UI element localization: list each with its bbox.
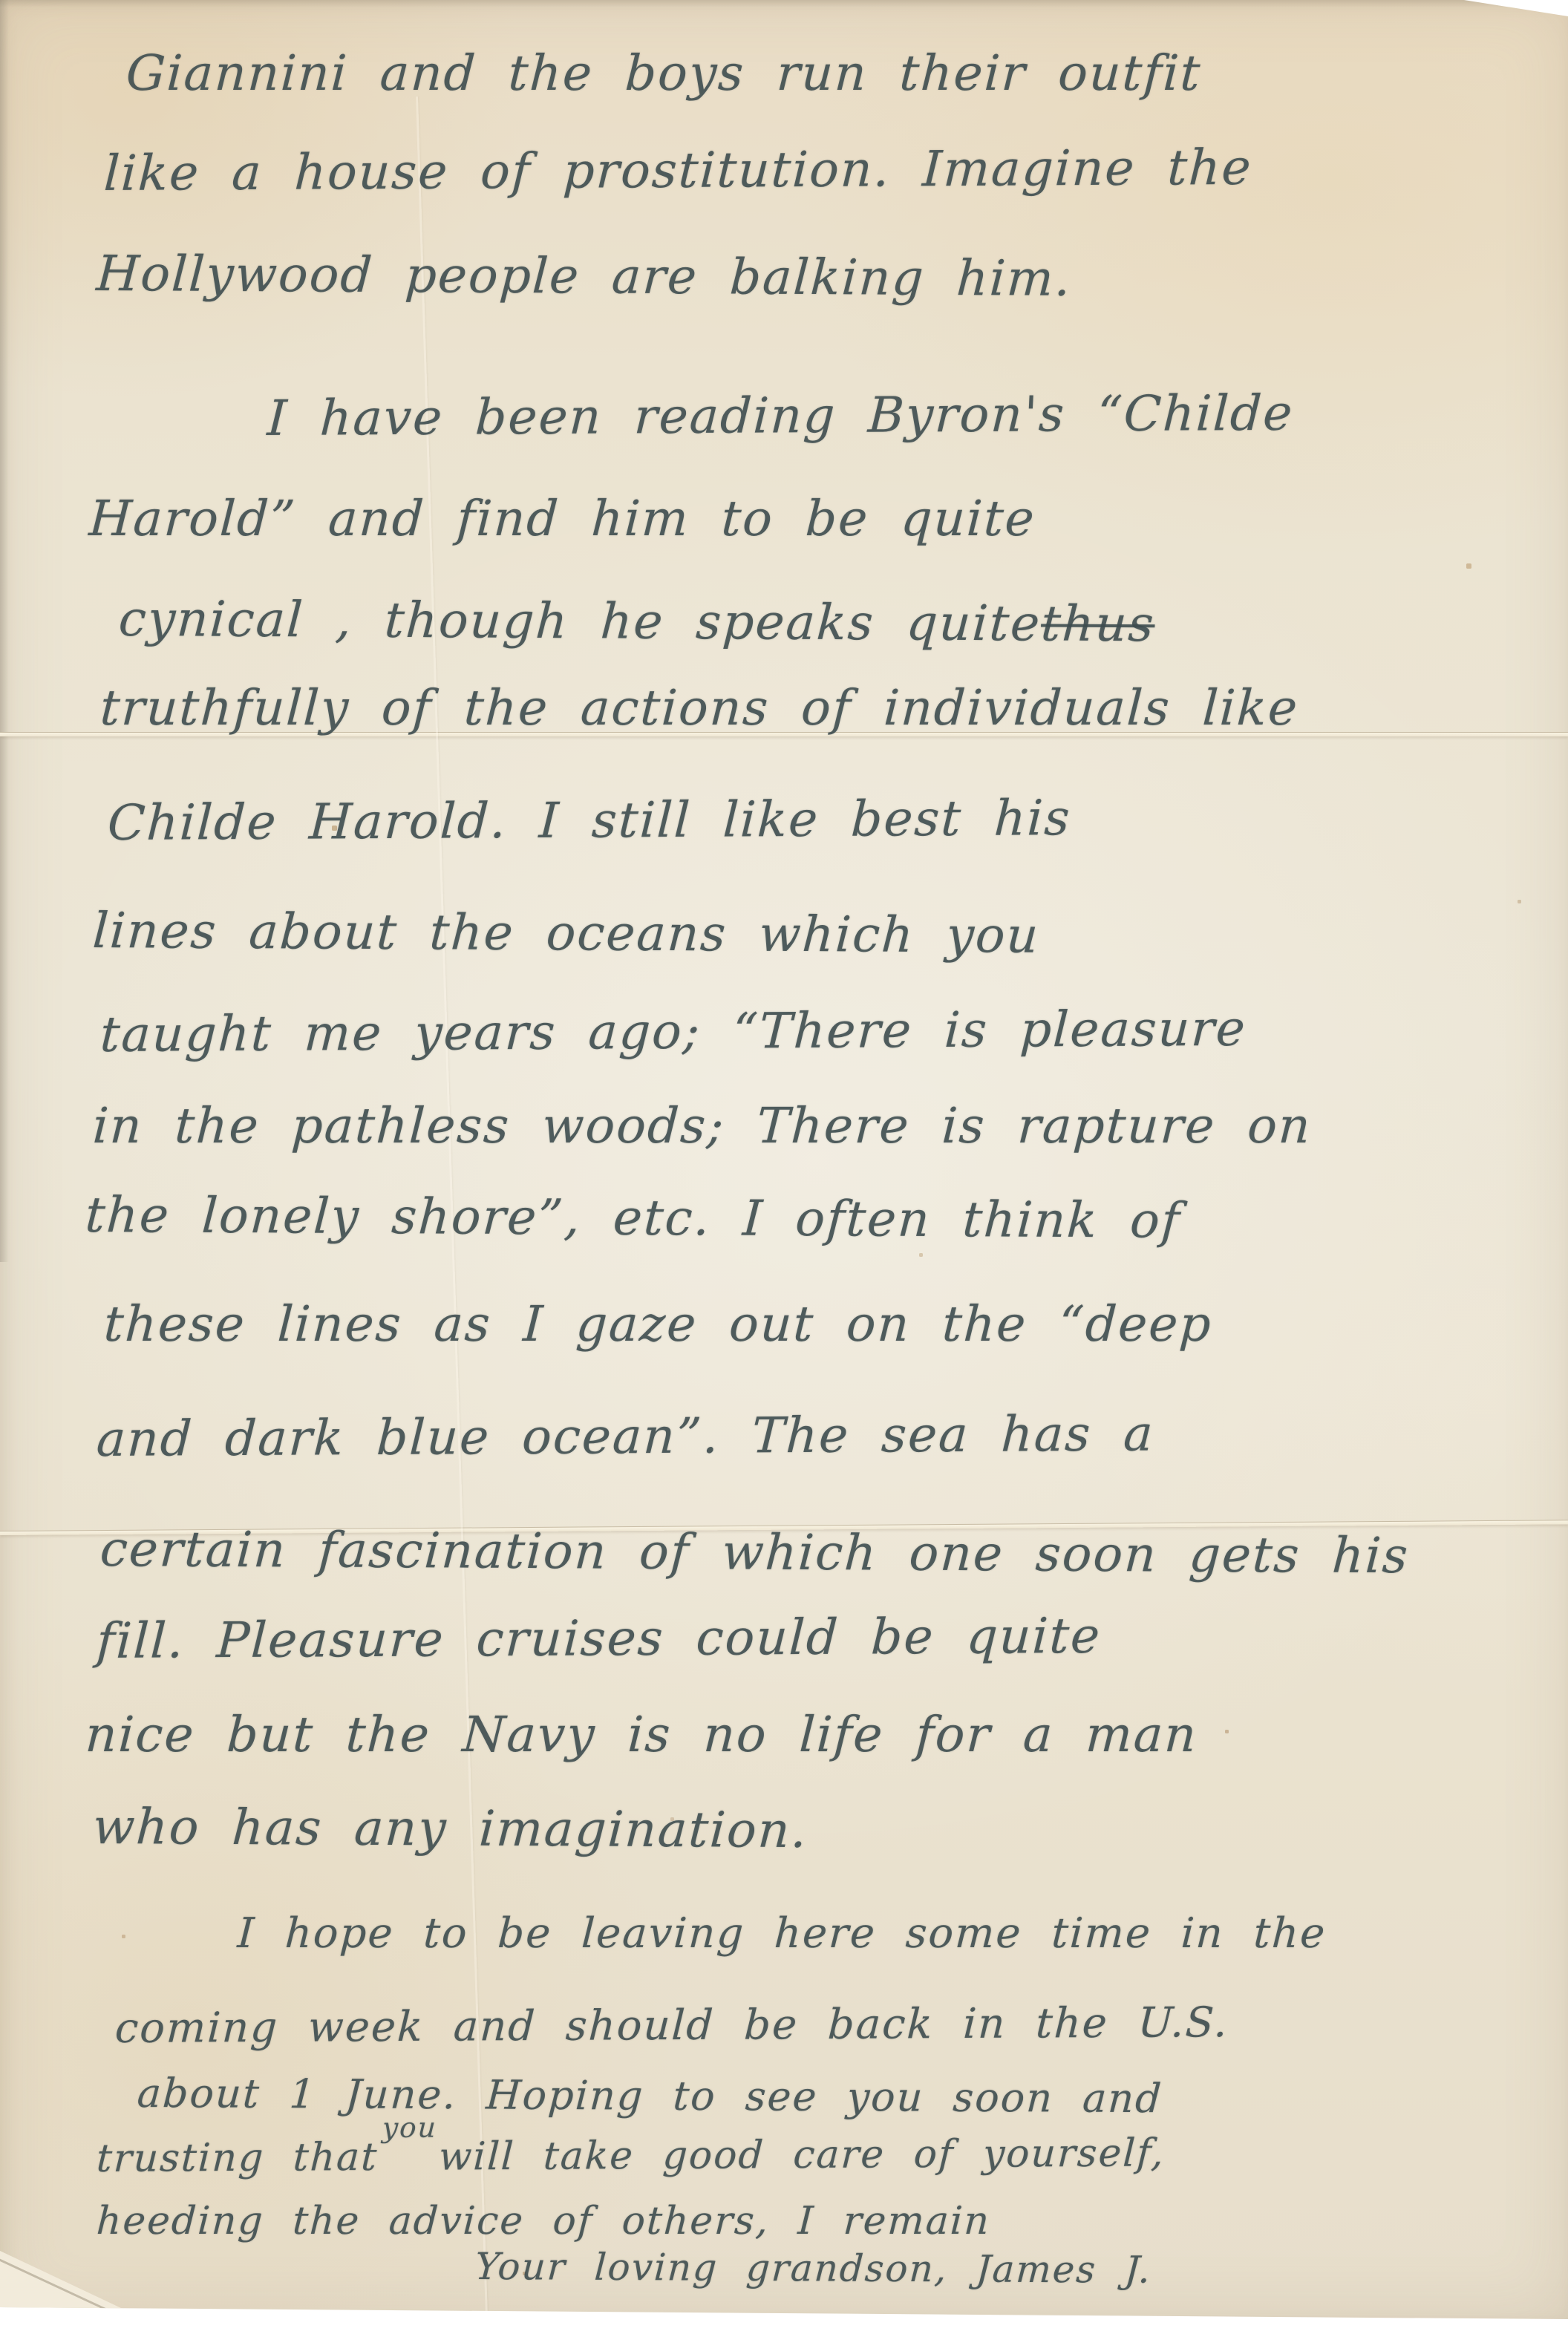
letter-line: like a house of prostitution. Imagine th… [102,139,1253,202]
letter-line: truthfully of the actions of individuals… [99,679,1300,736]
letter-line: Harold” and find him to be quite [88,490,1037,547]
struck-out-word: thus [1039,595,1157,653]
letter-line: these lines as I gaze out on the “deep [102,1295,1214,1353]
letter-line: nice but the Navy is no life for a man [84,1706,1199,1763]
letter-line: who has any imagination. [91,1798,810,1859]
letter-line: about 1 June. Hoping to see you soon and [136,2070,1163,2122]
letter-line: cynical , though he speaks quitethus [117,590,1157,653]
letter-line: Hollywood people are balking him. [95,245,1074,307]
letter-line: I have been reading Byron's “Childe [266,385,1295,447]
letter-line: and dark blue ocean”. The sea has a [95,1405,1155,1468]
line-text: will take good care of yourself, [438,2131,1166,2179]
line-text: cynical , though he speaks quite [117,590,1043,653]
letter-line: the lonely shore”, etc. I often think of [84,1186,1183,1249]
signature-line: Your loving grandson, James J. [474,2245,1152,2292]
letter-line: trusting thatyouwill take good care of y… [96,2131,1166,2181]
letter-line: heeding the advice of others, I remain [95,2199,991,2243]
inserted-word-above-line: you [382,2111,438,2144]
letter-line: coming week and should be back in the U.… [114,1998,1229,2053]
letter-line: lines about the oceans which you [91,902,1042,964]
letter-line: Giannini and the boys run their outfit [125,45,1203,102]
letter-line: Childe Harold. I still like best his [106,789,1072,851]
letter-line: in the pathless woods; There is rapture … [91,1097,1313,1154]
letter-line: I hope to be leaving here some time in t… [236,1909,1327,1958]
letter-paper: Giannini and the boys run their outfitli… [0,0,1568,2319]
letter-line: fill. Pleasure cruises could be quite [95,1607,1102,1670]
scanned-letter-page: Giannini and the boys run their outfitli… [0,0,1568,2334]
line-text: trusting that [96,2135,379,2181]
letter-line: taught me years ago; “There is pleasure [99,1000,1248,1063]
torn-corner-top-right [1464,0,1568,16]
letter-line: certain fascination of which one soon ge… [99,1520,1411,1584]
letter-body: Giannini and the boys run their outfitli… [0,0,1568,2319]
